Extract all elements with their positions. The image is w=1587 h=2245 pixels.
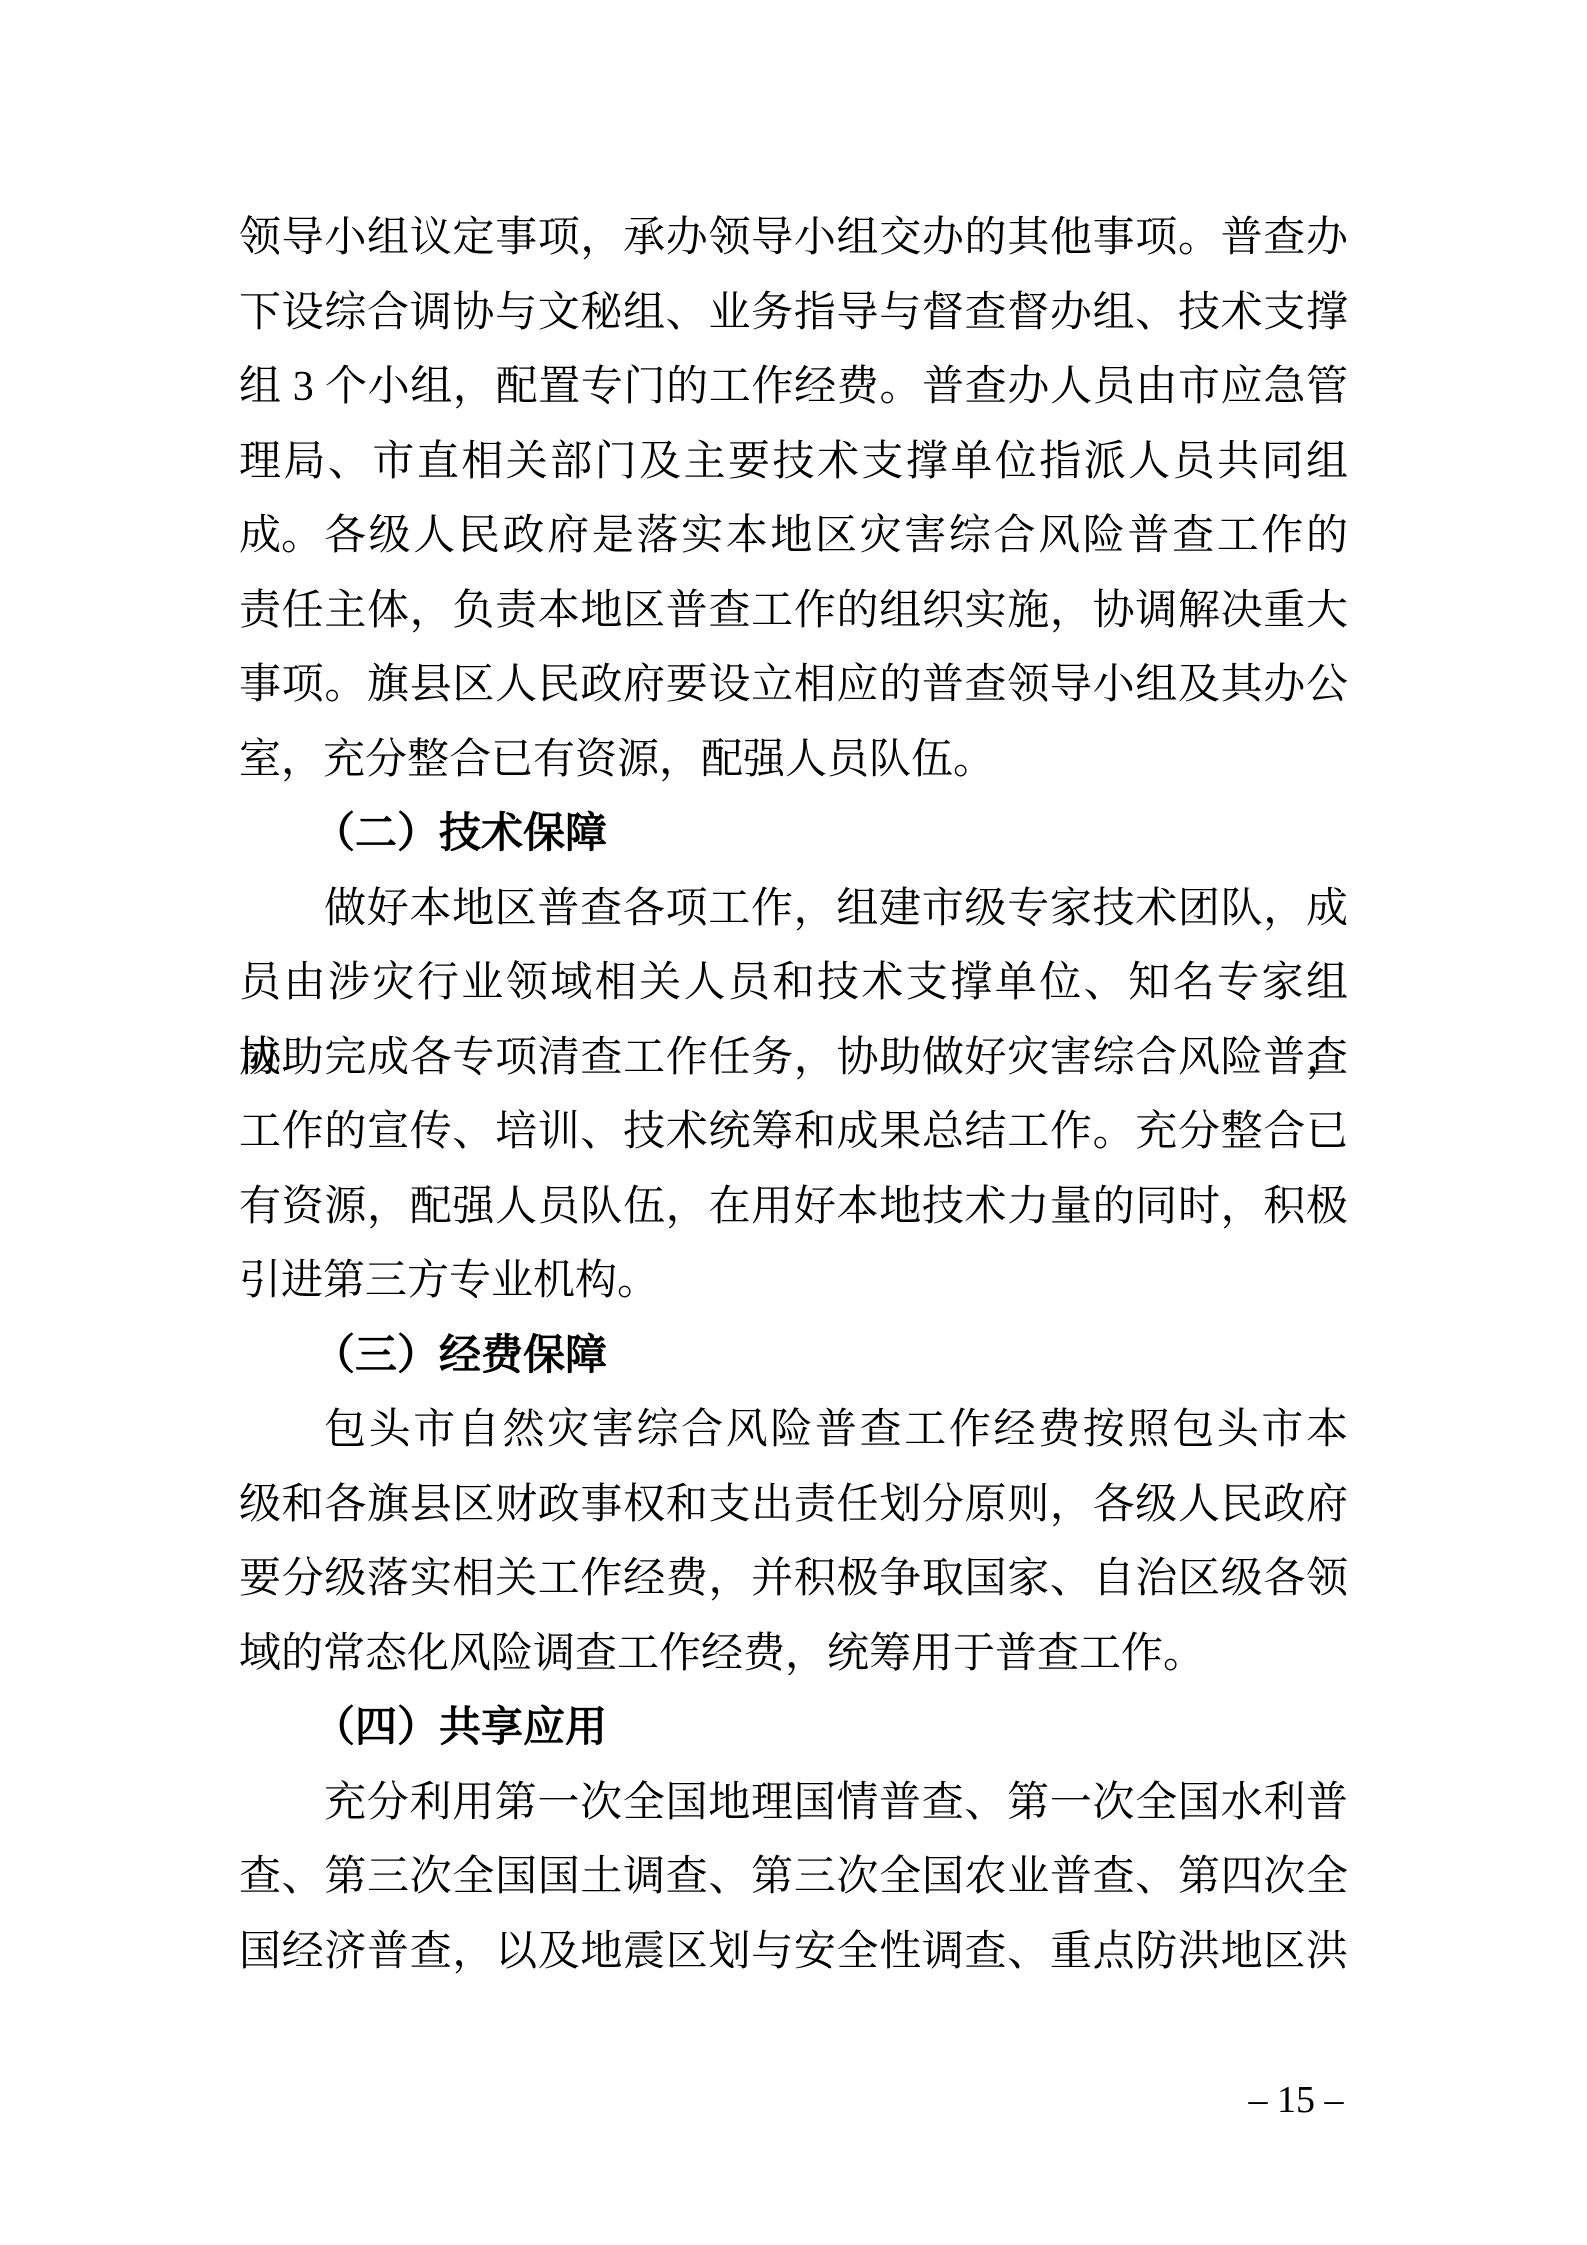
text-line: 各级人民政府是落实本地区灾害综合风险普查工作的 [239, 499, 1348, 574]
text-line: 室，充分整合已有资源，配强人员队伍。 [239, 723, 1348, 798]
text-line: 国经济普查，以及地震区划与安全性调查、重点防洪地区洪 [239, 1915, 1348, 1990]
text-line: 下设综合调协与文秘组、业务指导与督查督办组、技术支撑 [239, 276, 1348, 351]
text-line: 充分利用第一次全国地理国情普查、第一次全国水利普 [239, 1766, 1348, 1841]
text-line: 查、第三次全国国土调查、第三次全国农业普查、第四次全 [239, 1840, 1348, 1915]
text-line: 域的常态化风险调查工作经费，统筹用于普查工作。 [239, 1617, 1348, 1692]
document-page: { "page": { "bg_color": "#ffffff", "text… [0, 0, 1587, 2245]
page-number: – 15 – [1242, 2078, 1350, 2122]
text-line: 责任主体，负责本地区普查工作的组织实施，协调解决重大 [239, 574, 1348, 649]
text-line: 领导小组议定事项，承办领导小组交办的其他事项。普查办 [239, 201, 1348, 276]
text-line: 员由涉灾行业领域相关人员和技术支撑单位、知名专家组成， [239, 946, 1348, 1021]
text-line: 协助完成各专项清查工作任务，协助做好灾害综合风险普查 [239, 1021, 1348, 1096]
text-line: 有资源，配强人员队伍，在用好本地技术力量的同时，积极 [239, 1170, 1348, 1245]
text-block: 领导小组议定事项，承办领导小组交办的其他事项。普查办 下设综合调协与文秘组、业务… [239, 201, 1348, 1989]
page: 领导小组议定事项，承办领导小组交办的其他事项。普查办 下设综合调协与文秘组、业务… [0, 0, 1587, 2245]
section-heading-funding-support: （三）经费保障 [239, 1319, 1348, 1394]
text-line: 引进第三方专业机构。 [239, 1244, 1348, 1319]
text-line: 理局、市直相关部门及主要技术支撑单位指派人员共同组成。 [239, 425, 1348, 500]
text-line: 包头市自然灾害综合风险普查工作经费按照包头市本 [239, 1393, 1348, 1468]
text-line: 级和各旗县区财政事权和支出责任划分原则，各级人民政府 [239, 1468, 1348, 1543]
section-heading-shared-application: （四）共享应用 [239, 1691, 1348, 1766]
text-line: 做好本地区普查各项工作，组建市级专家技术团队，成 [239, 872, 1348, 947]
text-line: 工作的宣传、培训、技术统筹和成果总结工作。充分整合已 [239, 1095, 1348, 1170]
text-line: 要分级落实相关工作经费，并积极争取国家、自治区级各领 [239, 1542, 1348, 1617]
text-line: 组 3 个小组，配置专门的工作经费。普查办人员由市应急管 [239, 350, 1348, 425]
section-heading-technical-support: （二）技术保障 [239, 797, 1348, 872]
text-line: 事项。旗县区人民政府要设立相应的普查领导小组及其办公 [239, 648, 1348, 723]
